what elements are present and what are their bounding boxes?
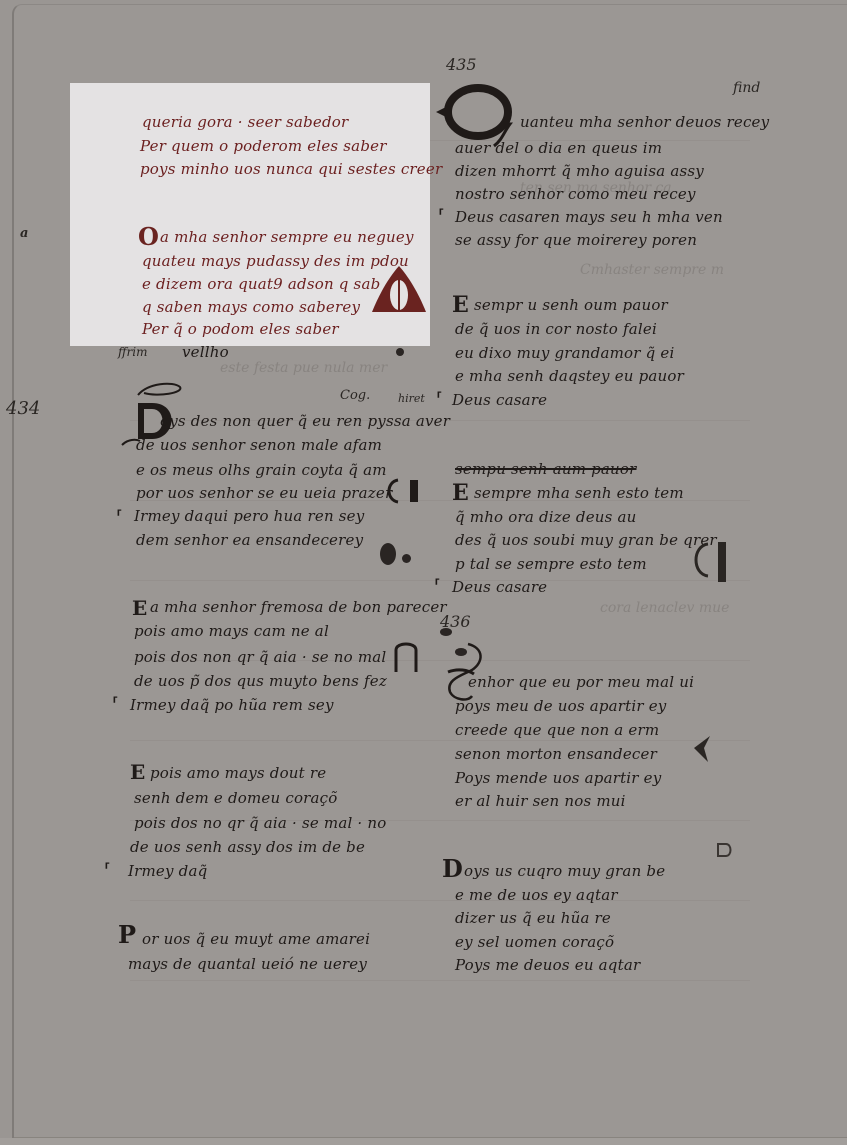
verse-line: sempr u senh oum pauor	[474, 296, 668, 314]
struck-verse-line: sempu senh aum pauor	[455, 460, 637, 478]
verse-line: uanteu mha senhor deuos recey	[520, 113, 769, 131]
verse-line: poys minho uos nunca qui sestes creer	[140, 160, 442, 178]
verse-line: Poys me deuos eu aqtar	[455, 956, 640, 974]
verse-line: dizer us q̃ eu hũa re	[455, 909, 611, 927]
verse-line: er al huir sen nos mui	[455, 792, 626, 810]
ink-dot	[402, 554, 411, 563]
verse-line: e me de uos ey aqtar	[455, 886, 618, 904]
verse-line: e os meus olhs grain coyta q̃ am	[136, 461, 387, 479]
verse-line-refrain: se assy for que moirerey poren	[455, 231, 697, 249]
verse-line: pois amo mays cam ne al	[134, 622, 329, 640]
margin-note-hiret: hiret	[398, 392, 425, 405]
verse-line: eu dixo muy grandamor q̃ ei	[455, 344, 674, 362]
verse-line: nostro senhor como meu recey	[455, 185, 696, 203]
paraph-mark: ⸢	[436, 389, 443, 410]
initial-letter: E	[132, 596, 147, 620]
verse-line: q saben mays como saberey	[142, 298, 360, 316]
ruling-line	[130, 980, 750, 981]
paraph-mark: ⸢	[116, 507, 123, 528]
verse-line: pois dos no qr q̃ aia · se mal · no	[134, 814, 386, 832]
margin-note-find: find	[733, 80, 760, 96]
verse-line-refrain: Irmey daqui pero hua ren sey	[134, 507, 364, 525]
verse-line: dizen mhorrt q̃ mho aguisa assy	[455, 162, 704, 180]
folio-number: 435	[446, 55, 477, 74]
initial-letter: O	[138, 222, 159, 251]
verse-line: de uos senh assy dos im de be	[130, 838, 365, 856]
verse-line: pois amo mays dout re	[150, 764, 326, 782]
ruling-line	[130, 740, 750, 741]
margin-number-434: 434	[6, 398, 40, 419]
verse-line: de q̃ uos in cor nosto falei	[455, 320, 657, 338]
show-through-text: este festa pue nula mer	[220, 360, 387, 376]
verse-line: por uos senhor se eu ueia prazer	[136, 484, 392, 502]
initial-o-icon	[384, 478, 424, 504]
verse-line: pois dos non qr q̃ aia · se no mal	[134, 648, 386, 666]
initial-q-margin-icon	[686, 538, 736, 584]
verse-line: creede que que non a erm	[455, 721, 659, 739]
verse-line: de uos senhor senon male afam	[136, 436, 382, 454]
show-through-text: cora lenaclev mue	[600, 600, 729, 616]
paraph-mark: ⸢	[104, 860, 111, 881]
verse-line: ey sel uomen coraçõ	[455, 933, 614, 951]
paraph-mark: ⸢	[438, 206, 445, 227]
verse-line: mays de quantal ueió ne uerey	[128, 955, 367, 973]
initial-n-icon	[390, 640, 422, 674]
verse-line: Per quem o poderom eles saber	[140, 137, 387, 155]
verse-line: Per q̃ o podom eles saber	[142, 320, 339, 338]
verse-line: e mha senh daqstey eu pauor	[455, 367, 684, 385]
margin-mark-a: a	[20, 226, 28, 241]
initial-letter: D	[442, 854, 463, 883]
verse-line: a mha senhor sempre eu neguey	[160, 228, 414, 246]
verse-line: Poys mende uos apartir ey	[455, 769, 661, 787]
verse-line: poys meu de uos apartir ey	[455, 697, 666, 715]
verse-line-vellho: vellho	[182, 343, 229, 361]
verse-line: oys us cuqro muy gran be	[464, 862, 665, 880]
initial-c-margin-icon	[690, 734, 714, 764]
verse-line: auer del o dia en queus im	[455, 139, 662, 157]
ink-dot	[396, 348, 404, 356]
verse-line: oys des non quer q̃ eu ren pyssa aver	[160, 412, 450, 430]
paraph-mark: ⸢	[112, 694, 119, 715]
verse-line-refrain: Irmey daq̃	[128, 862, 207, 880]
verse-line: e dizem ora quat9 adson q sab	[142, 275, 380, 293]
ink-dot	[440, 628, 452, 636]
verse-line: enhor que eu por meu mal ui	[468, 673, 694, 691]
ruling-line	[130, 900, 750, 901]
decorated-initial-s-icon	[438, 640, 498, 704]
initial-letter: E	[130, 760, 145, 784]
verse-line: senh dem e domeu coraçõ	[134, 789, 338, 807]
verse-line: or uos q̃ eu muyt ame amarei	[142, 930, 370, 948]
initial-letter: E	[452, 480, 469, 506]
margin-note-ffrim: ffrim	[118, 345, 147, 359]
show-through-text: Cmhaster sempre m	[580, 262, 724, 278]
decorated-initial-a-icon	[368, 262, 430, 318]
verse-line-refrain: Irmey daq̃ po hũa rem sey	[130, 696, 334, 714]
verse-line: p tal se sempre esto tem	[455, 555, 647, 573]
verse-line-refrain: Deus casare	[452, 391, 547, 409]
verse-line: q̃ mho ora dize deus au	[455, 508, 637, 526]
verse-line-refrain: Deus casaren mays seu h mha ven	[455, 208, 723, 226]
verse-line-refrain: Deus casare	[452, 578, 547, 596]
verse-line: de uos p̃ dos qus muyto bens fez	[134, 672, 387, 690]
margin-note-cog: Cog.	[340, 388, 370, 403]
verse-line-refrain: dem senhor ea ensandecerey	[136, 531, 363, 549]
verse-line: queria gora · seer sabedor	[142, 113, 348, 131]
verse-line: des q̃ uos soubi muy gran be qrer	[455, 531, 717, 549]
page-bottom-edge	[0, 1138, 847, 1145]
verse-line: a mha senhor fremosa de bon parecer	[150, 598, 447, 616]
verse-line: sempre mha senh esto tem	[474, 484, 684, 502]
initial-d-margin-icon	[714, 842, 734, 858]
paraph-mark: ⸢	[434, 576, 441, 597]
ink-blot	[380, 543, 396, 565]
initial-letter: E	[452, 292, 469, 318]
verse-line: senon morton ensandecer	[455, 745, 657, 763]
initial-letter: P	[118, 920, 136, 949]
